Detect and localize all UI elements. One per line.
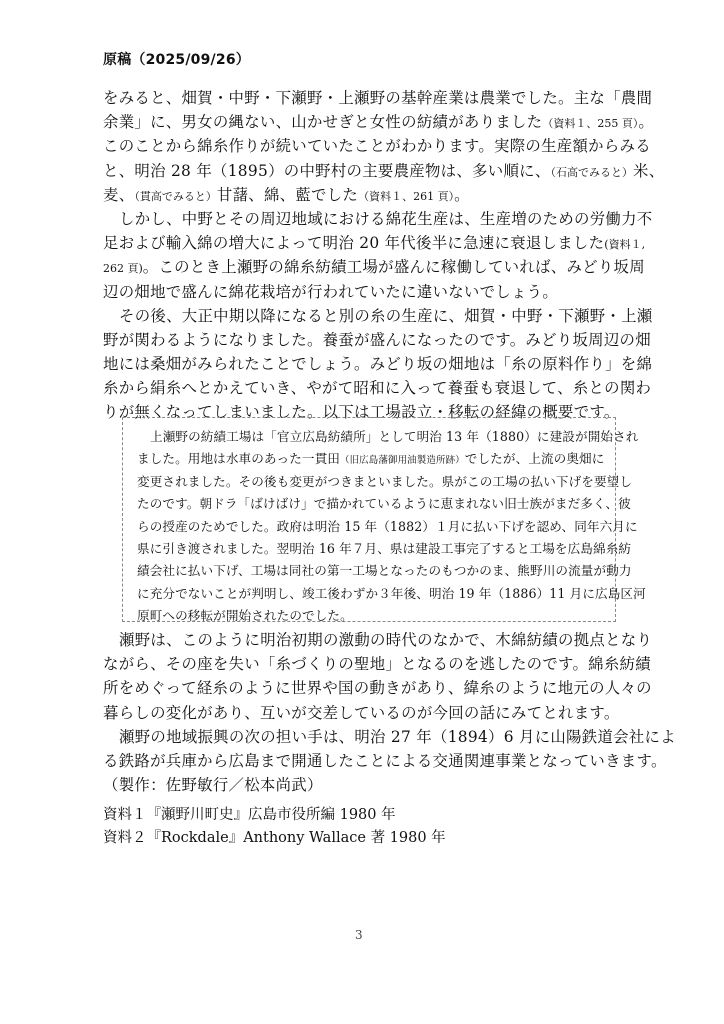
text-line: 足および輸入綿の増大によって明治 20 年代後半に急速に衰退しました(資料１, <box>103 231 623 255</box>
line-text: 変更されました。その後も変更がつきまといました。県がこの工場の払い下げを要望し <box>137 474 632 489</box>
line-text: （製作：佐野敏行／松本尚武） <box>103 776 323 794</box>
text-line: 瀬野の地域振興の次の担い手は、明治 27 年（1894）6 月に山陽鉄道会社によ <box>103 725 623 749</box>
text-line: たのです。朝ドラ「ばけばけ」で描かれているように恵まれない旧士族がまだ多く、彼 <box>137 493 615 515</box>
text-line: る鉄路が兵庫から広島まで開通したことによる交通関連事業となっていきます。 <box>103 749 623 773</box>
text-line: 績会社に払い下げ、工場は同社の第一工場となったのもつかのま、熊野川の流量が動力 <box>137 560 615 582</box>
text-line: 糸から絹糸へとかえていき、やがて昭和に入って養蚕も衰退して、糸との関わ <box>103 376 623 400</box>
citation-text: （旧広島藩御用油製造所跡） <box>340 455 465 466</box>
citation-text: （石高でみると） <box>551 166 634 179</box>
text-line: 県に引き渡されました。翌明治 16 年７月、県は建設工事完了すると工場を広島綿糸… <box>137 538 615 560</box>
citation-text: (資料１, <box>604 238 645 251</box>
text-line: 所をめぐって経糸のように世界や国の動きがあり、緯糸のように地元の人々の <box>103 676 623 700</box>
line-text: その後、大正中期以降になると別の糸の生産に、畑賀・中野・下瀬野・上瀬 <box>119 307 652 325</box>
body-paragraphs-bottom: 瀬野は、このように明治初期の激動の時代のなかで、木綿紡績の拠点となりながら、その… <box>103 628 623 797</box>
text-line: 地には桑畑がみられたことでしょう。みどり坂の畑地は「糸の原料作り」を綿 <box>103 352 623 376</box>
line-text: 甘藷、綿、藍でした <box>217 186 358 204</box>
line-text: らの授産のためでした。政府は明治 15 年（1882）１月に払い下げを認め、同年… <box>137 519 638 534</box>
text-line: 変更されました。その後も変更がつきまといました。県がこの工場の払い下げを要望し <box>137 471 615 493</box>
line-text: 糸から絹糸へとかえていき、やがて昭和に入って養蚕も衰退して、糸との関わ <box>103 379 651 397</box>
factory-history-box: 上瀬野の紡績工場は「官立広島紡績所」として明治 13 年（1880）に建設が開始… <box>122 417 616 622</box>
line-text: でしたが、上流の奥畑に <box>465 451 605 466</box>
text-line: ながら、その座を失い「糸づくりの聖地」となるのを逃したのです。綿糸紡績 <box>103 652 623 676</box>
text-line: （製作：佐野敏行／松本尚武） <box>103 773 623 797</box>
text-line: 瀬野は、このように明治初期の激動の時代のなかで、木綿紡績の拠点となり <box>103 628 623 652</box>
text-line: その後、大正中期以降になると別の糸の生産に、畑賀・中野・下瀬野・上瀬 <box>103 304 623 328</box>
line-text: 。 <box>638 113 654 131</box>
line-text: に充分でないことが判明し、竣工後わずか３年後、明治 19 年（1886）11 月… <box>137 586 646 601</box>
line-text: しかし、中野とその周辺地域における綿花生産は、生産増のための労働力不 <box>119 210 652 228</box>
line-text: 。 <box>454 186 470 204</box>
text-line: 原町への移転が開始されたのでした。 <box>137 605 615 627</box>
line-text: をみると、畑賀・中野・下瀬野・上瀬野の基幹産業は農業でした。主な「農間 <box>103 89 652 107</box>
line-text: 所をめぐって経糸のように世界や国の動きがあり、緯糸のように地元の人々の <box>103 679 652 697</box>
reference-1: 資料１『瀬野川町史』広島市役所編 1980 年 <box>103 804 446 827</box>
line-text: 県に引き渡されました。翌明治 16 年７月、県は建設工事完了すると工場を広島綿糸… <box>137 541 631 556</box>
line-text: 米、 <box>633 162 664 180</box>
text-line: 辺の畑地で盛んに綿花栽培が行われていたに違いないでしょう。 <box>103 280 623 304</box>
line-text: 上瀬野の紡績工場は「官立広島紡績所」として明治 13 年（1880）に建設が開始… <box>150 429 638 444</box>
page-number: 3 <box>355 928 363 942</box>
line-text: る鉄路が兵庫から広島まで開通したことによる交通関連事業となっていきます。 <box>103 752 667 770</box>
line-text: たのです。朝ドラ「ばけばけ」で描かれているように恵まれない旧士族がまだ多く、彼 <box>137 496 631 511</box>
text-line: 麦、（貫高でみると）甘藷、綿、藍でした（資料１、261 頁）。 <box>103 183 623 207</box>
text-line: 262 頁)。このとき上瀬野の綿糸紡績工場が盛んに稼働していれば、みどり坂周 <box>103 255 623 279</box>
text-line: 暮らしの変化があり、互いが交差しているのが今回の話にみてとれます。 <box>103 701 623 725</box>
line-text: 余業」に、男女の縄ない、山かせぎと女性の紡績がありました <box>103 113 542 131</box>
text-line: ました。用地は水車のあった一貫田（旧広島藩御用油製造所跡）でしたが、上流の奥畑に <box>137 448 615 470</box>
text-line: しかし、中野とその周辺地域における綿花生産は、生産増のための労働力不 <box>103 207 623 231</box>
text-line: 余業」に、男女の縄ない、山かせぎと女性の紡績がありました（資料１、255 頁）。 <box>103 110 623 134</box>
line-text: 績会社に払い下げ、工場は同社の第一工場となったのもつかのま、熊野川の流量が動力 <box>137 563 632 578</box>
line-text: と、明治 28 年（1895）の中野村の主要農産物は、多い順に、 <box>103 162 551 180</box>
line-text: 麦、 <box>103 186 134 204</box>
body-paragraphs-top: をみると、畑賀・中野・下瀬野・上瀬野の基幹産業は農業でした。主な「農間余業」に、… <box>103 86 623 425</box>
citation-text: （資料１、255 頁） <box>542 117 638 130</box>
text-line: このことから綿糸作りが続いていたことがわかります。実際の生産額からみる <box>103 134 623 158</box>
citation-text: 262 頁) <box>103 262 143 275</box>
reference-2: 資料２『Rockdale』Anthony Wallace 著 1980 年 <box>103 827 446 850</box>
line-text: 野が関わるようになりました。養蚕が盛んになったのです。みどり坂周辺の畑 <box>103 331 651 349</box>
line-text: 暮らしの変化があり、互いが交差しているのが今回の話にみてとれます。 <box>103 704 620 722</box>
line-text: 瀬野は、このように明治初期の激動の時代のなかで、木綿紡績の拠点となり <box>119 631 652 649</box>
line-text: 地には桑畑がみられたことでしょう。みどり坂の畑地は「糸の原料作り」を綿 <box>103 355 652 373</box>
text-line: 野が関わるようになりました。養蚕が盛んになったのです。みどり坂周辺の畑 <box>103 328 623 352</box>
citation-text: （資料１、261 頁） <box>358 190 454 203</box>
references: 資料１『瀬野川町史』広島市役所編 1980 年 資料２『Rockdale』Ant… <box>103 804 446 850</box>
line-text: 瀬野の地域振興の次の担い手は、明治 27 年（1894）6 月に山陽鉄道会社によ <box>119 728 676 746</box>
text-line: をみると、畑賀・中野・下瀬野・上瀬野の基幹産業は農業でした。主な「農間 <box>103 86 623 110</box>
text-line: 上瀬野の紡績工場は「官立広島紡績所」として明治 13 年（1880）に建設が開始… <box>137 426 615 448</box>
text-line: らの授産のためでした。政府は明治 15 年（1882）１月に払い下げを認め、同年… <box>137 516 615 538</box>
line-text: ました。用地は水車のあった一貫田 <box>137 451 340 466</box>
text-line: と、明治 28 年（1895）の中野村の主要農産物は、多い順に、（石高でみると）… <box>103 159 623 183</box>
line-text: 足および輸入綿の増大によって明治 20 年代後半に急速に衰退しました <box>103 234 604 252</box>
line-text: このことから綿糸作りが続いていたことがわかります。実際の生産額からみる <box>103 137 651 155</box>
line-text: 。このとき上瀬野の綿糸紡績工場が盛んに稼働していれば、みどり坂周 <box>143 258 645 276</box>
line-text: ながら、その座を失い「糸づくりの聖地」となるのを逃したのです。綿糸紡績 <box>103 655 651 673</box>
line-text: 辺の畑地で盛んに綿花栽培が行われていたに違いないでしょう。 <box>103 283 558 301</box>
line-text: 原町への移転が開始されたのでした。 <box>137 608 353 623</box>
draft-date-header: 原稿（2025/09/26） <box>103 49 250 69</box>
citation-text: （貫高でみると） <box>134 190 217 203</box>
text-line: に充分でないことが判明し、竣工後わずか３年後、明治 19 年（1886）11 月… <box>137 583 615 605</box>
